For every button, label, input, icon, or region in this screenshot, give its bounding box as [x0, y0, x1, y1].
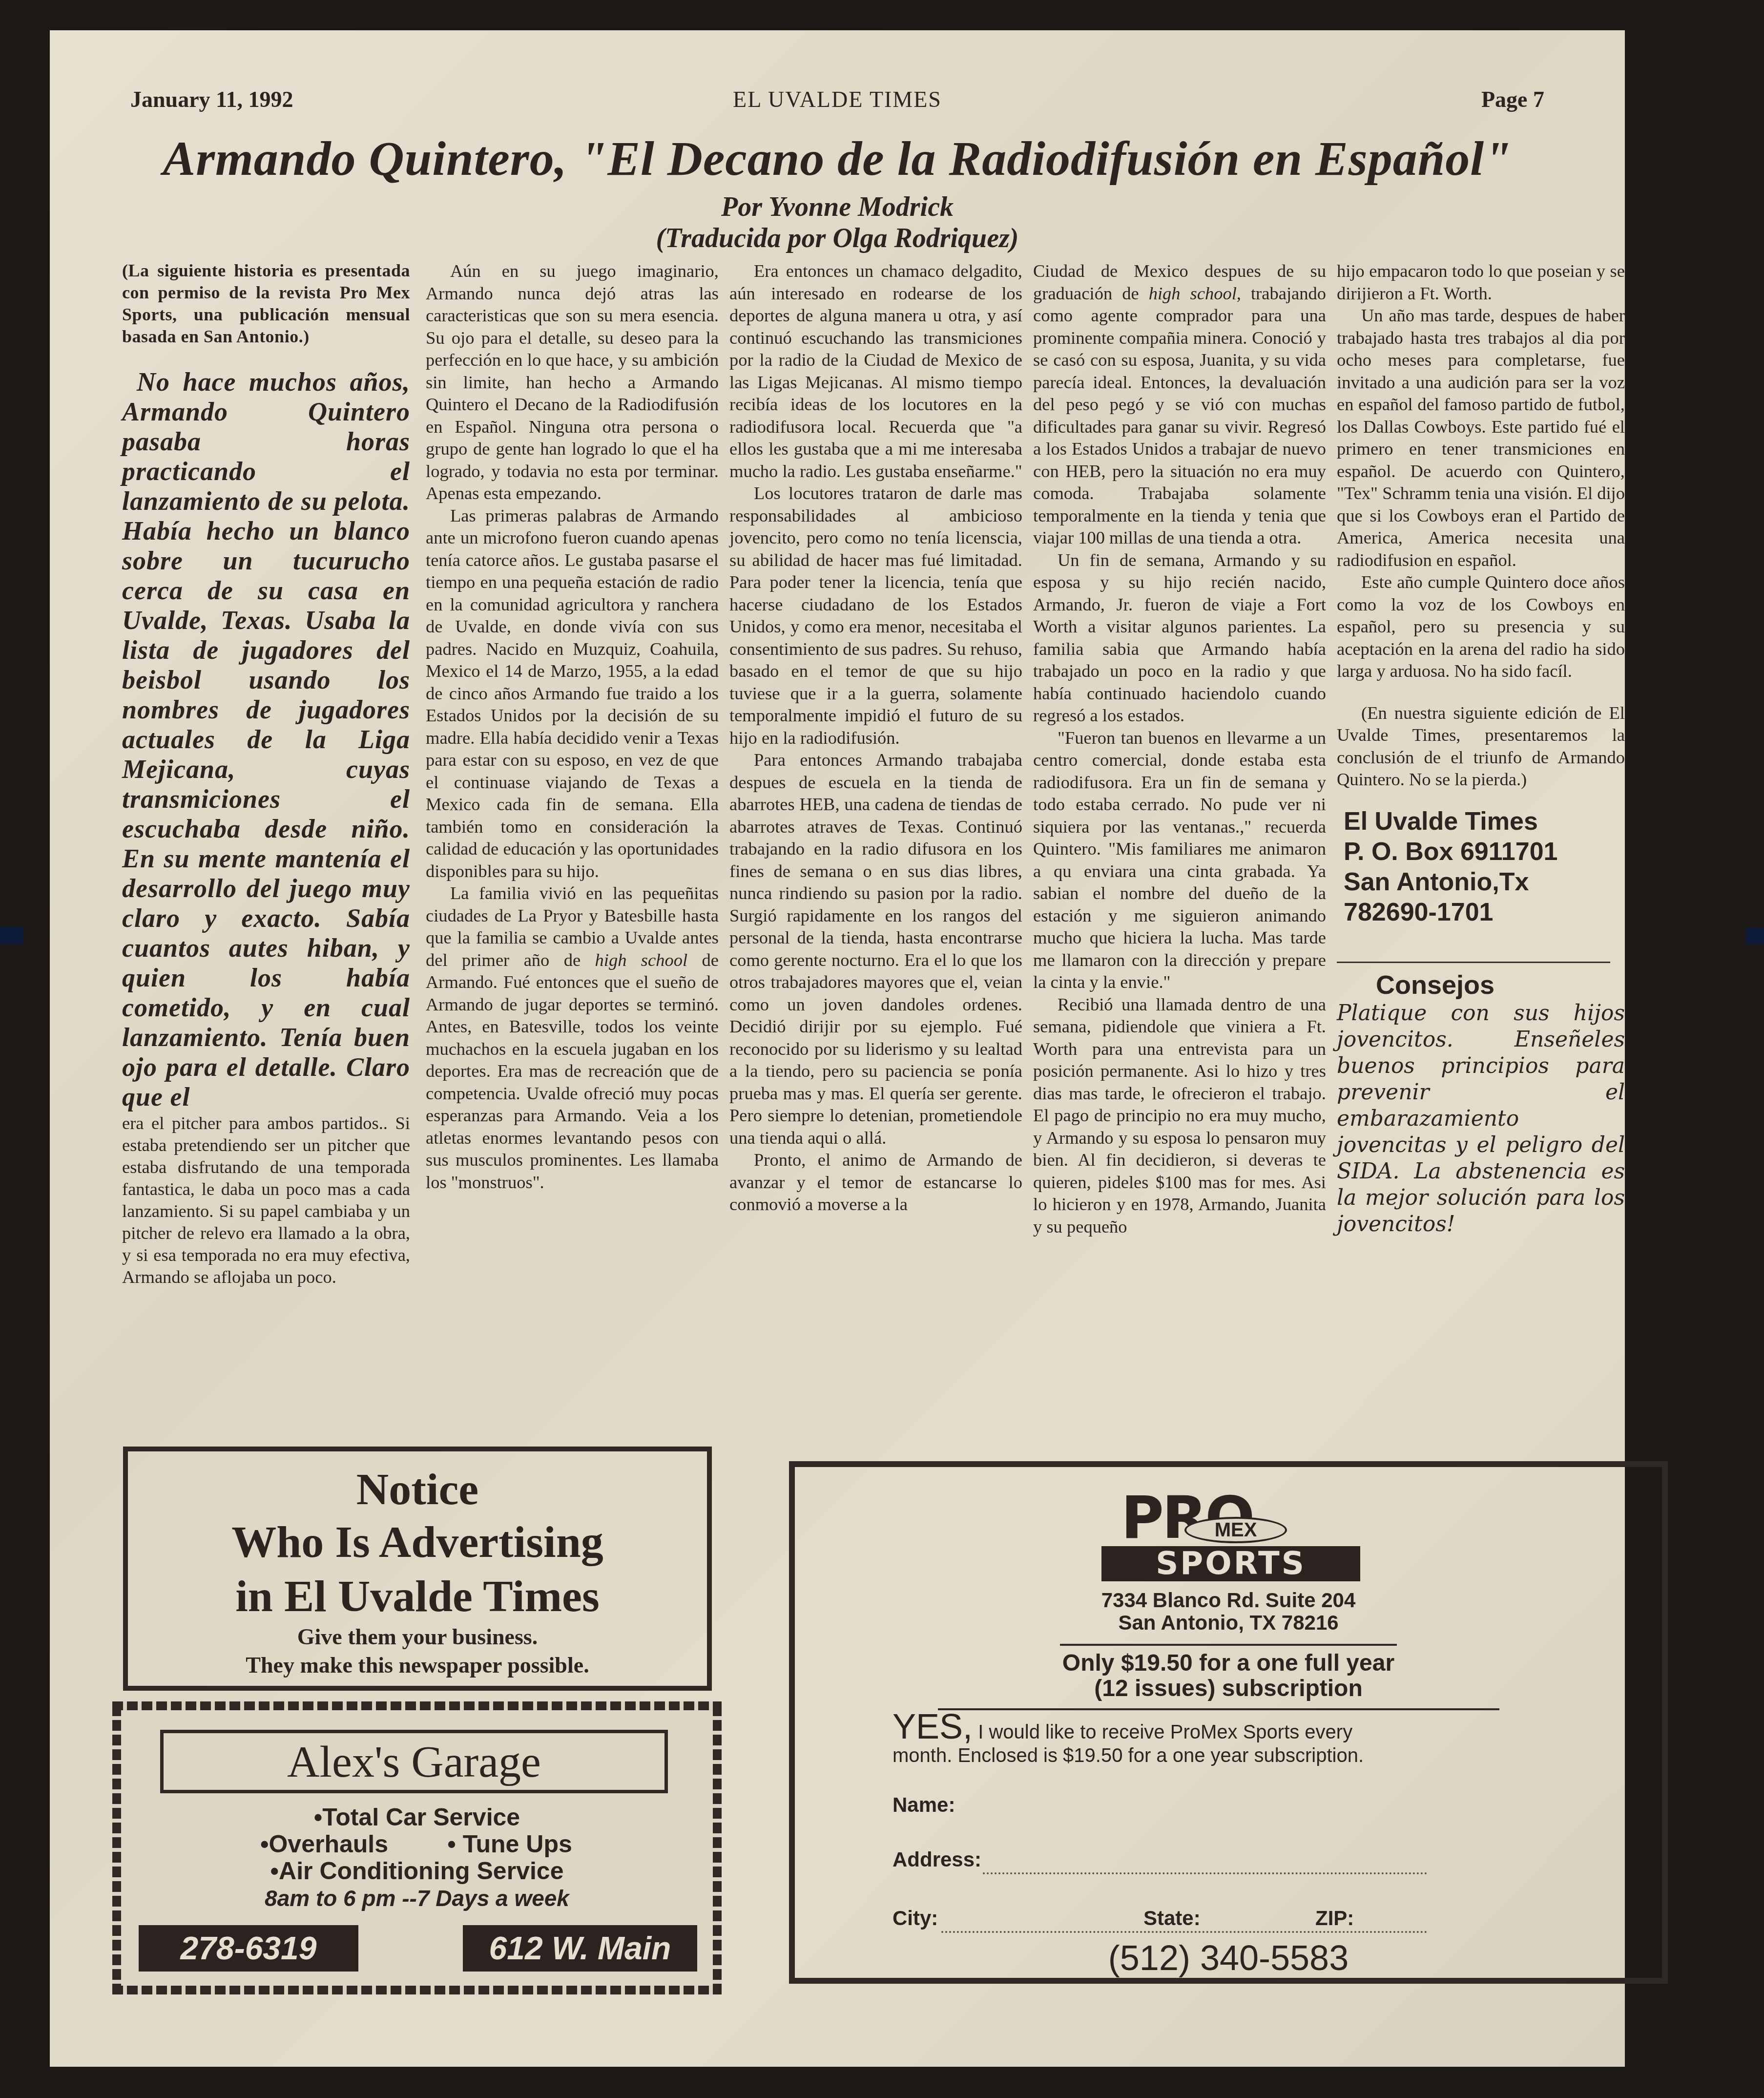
subscription-consent-text: YES, I would like to receive ProMex Spor…: [795, 1715, 1662, 1767]
masthead: January 11, 1992 EL UVALDE TIMES Page 7: [130, 86, 1544, 121]
garage-service: •Total Car Service: [121, 1803, 713, 1831]
logo-mex-badge: MEX: [1184, 1517, 1287, 1543]
garage-service: •Overhauls: [231, 1830, 417, 1858]
garage-service: • Tune Ups: [417, 1830, 602, 1858]
logo-sports-bar: SPORTS: [1101, 1546, 1360, 1581]
article-column-3: Era entonces un chamaco delgadito, aún i…: [729, 260, 1022, 1216]
scan-edge-marker-left: [0, 927, 23, 944]
notice-line: in El Uvalde Times: [128, 1569, 707, 1623]
paragraph: Pronto, el animo de Armando de avanzar y…: [729, 1149, 1022, 1216]
paragraph: Aún en su juego imaginario, Armando nunc…: [426, 260, 719, 504]
promex-sports-subscription-ad: PRO MEX SPORTS 7334 Blanco Rd. Suite 204…: [789, 1461, 1668, 1984]
address-field-label: Address:: [892, 1848, 981, 1871]
promex-address: 7334 Blanco Rd. Suite 204 San Antonio, T…: [795, 1589, 1662, 1634]
contact-name: El Uvalde Times: [1344, 806, 1625, 837]
contact-city: San Antonio,Tx: [1344, 867, 1625, 897]
article-column-2: Aún en su juego imaginario, Armando nunc…: [426, 260, 719, 1193]
section-divider: [1337, 962, 1610, 963]
paragraph: Era entonces un chamaco delgadito, aún i…: [729, 260, 1022, 482]
paragraph: "Fueron tan buenos en llevarme a un cent…: [1033, 727, 1326, 993]
rule-divider: [1060, 1644, 1397, 1646]
city-field-label: City:: [892, 1907, 938, 1930]
newspaper-page: January 11, 1992 EL UVALDE TIMES Page 7 …: [50, 30, 1625, 2067]
article-headline: Armando Quintero, "El Decano de la Radio…: [50, 130, 1625, 187]
address-input-line[interactable]: [983, 1872, 1427, 1874]
name-field-label: Name:: [892, 1793, 955, 1817]
paragraph: Recibió una llamada dentro de una semana…: [1033, 993, 1326, 1238]
city-state-zip-input-line[interactable]: [941, 1931, 1427, 1933]
article-column-1: (La siguiente historia es presentada con…: [122, 260, 410, 1288]
paragraph: Para entonces Armando trabajaba despues …: [729, 749, 1022, 1149]
garage-service: •Air Conditioning Service: [121, 1857, 713, 1885]
paragraph: Este año cumple Quintero doce años como …: [1337, 571, 1625, 682]
notice-subline: They make this newspaper possible.: [128, 1651, 707, 1680]
paragraph: hijo empacaron todo lo que poseian y se …: [1337, 260, 1625, 304]
notice-advertising-box: Notice Who Is Advertising in El Uvalde T…: [123, 1447, 712, 1691]
contact-zip: 782690-1701: [1344, 897, 1625, 927]
state-field-label: State:: [1143, 1907, 1201, 1930]
garage-address: 612 W. Main: [463, 1925, 697, 1972]
consejos-body: Platique con sus hijos jovencitos. Enseñ…: [1337, 1000, 1625, 1238]
closing-note: (En nuestra siguiente edición de El Uval…: [1337, 702, 1625, 791]
garage-hours: 8am to 6 pm --7 Days a week: [121, 1885, 713, 1911]
page-number: Page 7: [1481, 86, 1544, 112]
notice-title: Notice: [128, 1463, 707, 1515]
consejos-title: Consejos: [1337, 970, 1625, 1000]
lede-continuation: era el pitcher para ambos partidos.. Si …: [122, 1112, 410, 1288]
newspaper-name: EL UVALDE TIMES: [130, 86, 1544, 112]
promex-phone: (512) 340-5583: [795, 1938, 1662, 1978]
byline: Por Yvonne Modrick (Traducida por Olga R…: [50, 191, 1625, 254]
subscription-offer: Only $19.50 for a one full year (12 issu…: [795, 1651, 1662, 1701]
notice-subline: Give them your business.: [128, 1623, 707, 1651]
lede-paragraph: No hace muchos años, Armando Quintero pa…: [122, 367, 410, 1112]
scan-edge-marker-right: [1746, 928, 1764, 944]
garage-services-row: •Overhauls• Tune Ups: [121, 1830, 713, 1858]
author: Por Yvonne Modrick: [50, 191, 1625, 223]
alexs-garage-ad: Alex's Garage •Total Car Service •Overha…: [112, 1701, 722, 1994]
newspaper-contact: El Uvalde Times P. O. Box 6911701 San An…: [1337, 806, 1625, 927]
translator: (Traducida por Olga Rodriquez): [50, 223, 1625, 254]
promex-sports-logo: PRO MEX SPORTS: [1092, 1491, 1365, 1579]
zip-field-label: ZIP:: [1315, 1907, 1354, 1930]
article-column-5: hijo empacaron todo lo que poseian y se …: [1337, 260, 1625, 1238]
rule-divider: [938, 1708, 1499, 1710]
contact-po-box: P. O. Box 6911701: [1344, 837, 1625, 867]
garage-phone: 278-6319: [139, 1925, 358, 1972]
paragraph: Los locutores trataron de darle mas resp…: [729, 482, 1022, 749]
intro-note: (La siguiente historia es presentada con…: [122, 260, 410, 348]
paragraph: Un año mas tarde, despues de haber traba…: [1337, 304, 1625, 571]
paragraph: Un fin de semana, Armando y su esposa y …: [1033, 549, 1326, 727]
garage-title: Alex's Garage: [160, 1730, 668, 1793]
paragraph: La familia vivió en las pequeñitas ciuda…: [426, 882, 719, 1193]
paragraph: Ciudad de Mexico despues de su graduació…: [1033, 260, 1326, 549]
notice-line: Who Is Advertising: [128, 1515, 707, 1569]
paragraph: Las primeras palabras de Armando ante un…: [426, 504, 719, 882]
article-column-4: Ciudad de Mexico despues de su graduació…: [1033, 260, 1326, 1238]
